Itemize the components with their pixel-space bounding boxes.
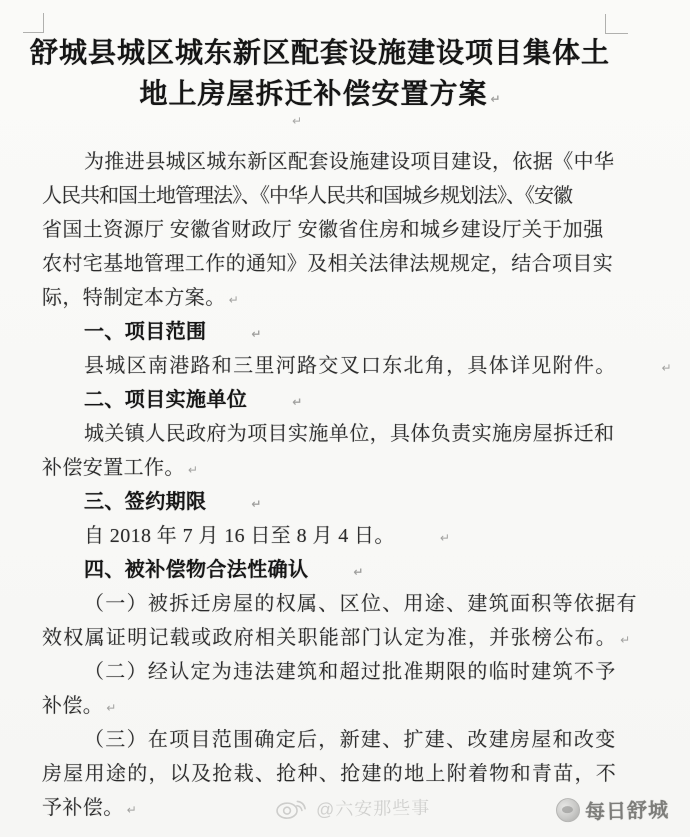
text-line: （二）经认定为违法建筑和超过批准期限的临时建筑不予 [42,655,624,689]
document-title: 舒城县城区城东新区配套设施建设项目集体土 地上房屋拆迁补偿安置方案↵ [26,33,614,120]
weibo-handle-text: @六安那些事 [316,794,431,822]
margin-crop-mark-right [605,14,628,34]
paragraph-mark-icon: ↵ [229,283,239,317]
text-line: 农村宅基地管理工作的通知》及相关法律法规规定，结合项目实 [42,247,624,281]
text-line: 补偿安置工作。↵ [42,451,624,485]
text-line: 房屋用途的，以及抢栽、抢种、抢建的地上附着物和青苗，不 [42,757,624,791]
weibo-icon [274,792,311,826]
section-heading-1: 一、项目范围↵ [42,315,624,349]
text-line: 省国土资源厅 安徽省财政厅 安徽省住房和城乡建设厅关于加强 [42,213,624,247]
text-line: 际，特制定本方案。↵ [42,281,624,315]
paragraph-mark-icon: ↵ [209,487,261,521]
daily-shucheng-watermark: 每日舒城 [556,791,670,828]
text-line: 效权属证明记载或政府相关职能部门认定为准，并张榜公布。↵ [42,621,624,655]
paragraph-mark-icon: ↵ [250,385,302,419]
text-line: 人民共和国土地管理法》、《中华人民共和国城乡规划法》、《安徽 [42,179,624,213]
paragraph-mark-icon: ↵ [620,623,630,657]
paragraph-mark-icon: ↵ [106,691,116,725]
text-line: （三）在项目范围确定后，新建、扩建、改建房屋和改变 [42,723,624,757]
text-line: 县城区南港路和三里河路交叉口东北角，具体详见附件。↵ [42,349,624,383]
text-line: 城关镇人民政府为项目实施单位，具体负责实施房屋拆迁和 [42,417,624,451]
paragraph-mark-icon: ↵ [209,317,261,351]
section-heading-2: 二、项目实施单位↵ [42,383,624,417]
weibo-watermark: @六安那些事 [274,788,431,829]
paragraph-mark-icon: ↵ [620,351,672,385]
text-line-signing-period: 自 2018 年 7 月 16 日至 8 月 4 日。↵ [42,519,624,553]
margin-crop-mark-left [23,13,44,33]
section-heading-4: 四、被补偿物合法性确认↵ [42,553,624,587]
document-page: 舒城县城区城东新区配套设施建设项目集体土 地上房屋拆迁补偿安置方案↵ ↵ 为推进… [0,0,690,837]
document-title-line2: 地上房屋拆迁补偿安置方案↵ [26,74,614,120]
paragraph-mark-icon: ↵ [490,79,500,120]
paragraph-mark-icon: ↵ [127,793,137,827]
daily-shucheng-text: 每日舒城 [585,793,670,824]
paragraph-mark-icon: ↵ [292,114,302,128]
document-body: 为推进县城区城东新区配套设施建设项目建设，依据《中华 人民共和国土地管理法》、《… [42,145,624,825]
text-line: 补偿。↵ [42,689,624,723]
document-title-line1: 舒城县城区城东新区配套设施建设项目集体土 [26,33,614,74]
section-heading-3: 三、签约期限↵ [42,485,624,519]
text-line: 为推进县城区城东新区配套设施建设项目建设，依据《中华 [42,145,624,179]
paragraph-mark-icon: ↵ [188,453,198,487]
daily-shucheng-logo-icon [556,798,581,823]
text-line: （一）被拆迁房屋的权属、区位、用途、建筑面积等依据有 [42,587,624,621]
paragraph-mark-icon: ↵ [398,521,450,555]
paragraph-mark-icon: ↵ [311,555,363,589]
